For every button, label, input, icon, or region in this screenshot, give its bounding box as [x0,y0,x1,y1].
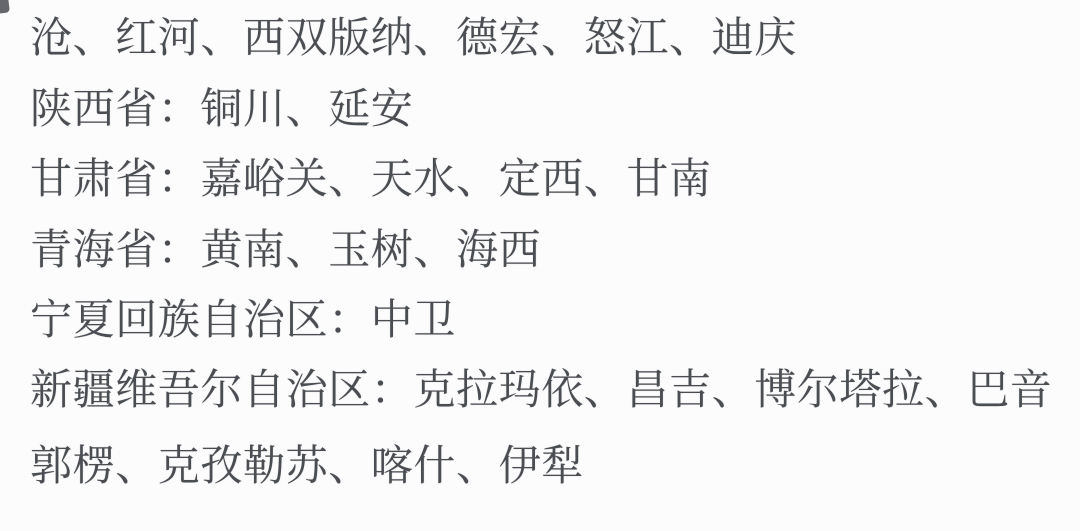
text-line-xinjiang-continued: 郭楞、克孜勒苏、喀什、伊犁 [30,442,584,490]
text-line-gansu: 甘肃省：嘉峪关、天水、定西、甘南 [30,155,712,203]
text-line-qinghai: 青海省：黄南、玉树、海西 [30,226,541,274]
text-line-xinjiang: 新疆维吾尔自治区：克拉玛依、昌吉、博尔塔拉、巴音 [30,366,1052,414]
document-body: 沧、红河、西双版纳、德宏、怒江、迪庆 陕西省：铜川、延安 甘肃省：嘉峪关、天水、… [0,0,1080,531]
text-line-yunnan-continued: 沧、红河、西双版纳、德宏、怒江、迪庆 [30,14,797,62]
text-line-shaanxi: 陕西省：铜川、延安 [30,85,413,133]
text-line-ningxia: 宁夏回族自治区：中卫 [30,296,456,344]
cropped-character-fragment [0,0,10,14]
